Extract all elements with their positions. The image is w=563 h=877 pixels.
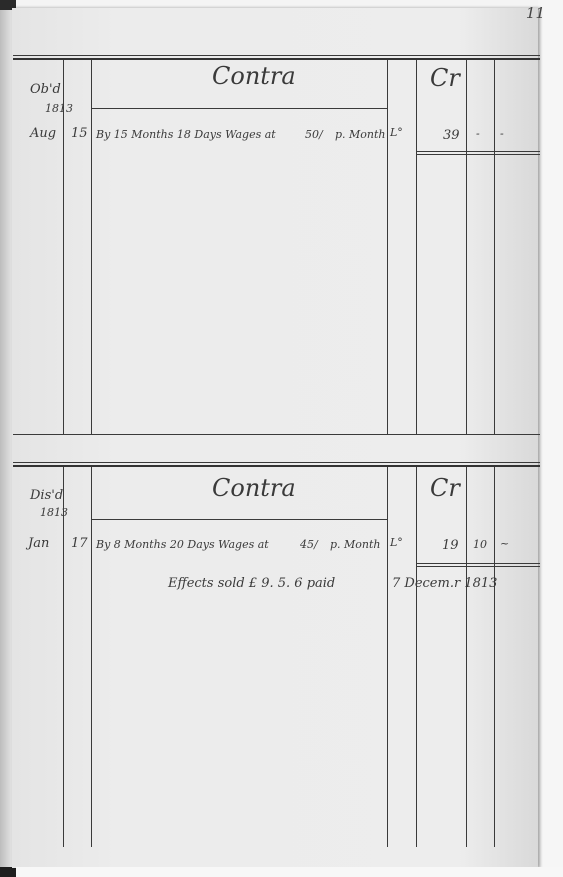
section2-entry-rate-unit: p. Month [330, 538, 381, 551]
section2-col-divider-folio [416, 467, 417, 847]
scan-margin-right [538, 0, 563, 877]
section2-entry-folio: L° [390, 536, 403, 549]
section2-entry-pounds: 19 [442, 538, 459, 553]
section2-total-rule [416, 563, 540, 564]
scan-border-bottom [0, 867, 16, 877]
entry-shillings: - [476, 127, 480, 140]
header-underline [91, 108, 387, 109]
scan-margin-bottom [16, 867, 563, 877]
top-rule [13, 55, 540, 56]
col-divider-day [91, 60, 92, 434]
section2-col-divider-date [63, 467, 64, 847]
effects-sold-note: Effects sold £ 9. 5. 6 paid [168, 576, 335, 591]
section2-entry-pence: ~ [500, 537, 509, 550]
section2-entry-description: By 8 Months 20 Days Wages at [96, 538, 269, 551]
entry-pence: - [500, 127, 504, 140]
total-rule [416, 151, 540, 152]
section2-entry-rate: 45/ [300, 538, 318, 551]
total-rule-double [416, 154, 540, 155]
section-title: Contra [212, 62, 296, 90]
effects-sold-date: 7 Decem.r 1813 [392, 576, 497, 591]
section2-credit-label: Cr [430, 474, 460, 502]
top-rule-double [13, 58, 540, 60]
entry-day: 15 [71, 126, 88, 141]
page-number: 11 [526, 4, 545, 22]
col-divider-pounds [466, 60, 467, 434]
section2-entry-day: 17 [71, 536, 88, 551]
entry-pounds: 39 [443, 128, 460, 143]
col-divider-date [63, 60, 64, 434]
col-divider-desc [387, 60, 388, 434]
entry-rate: 50/ [305, 128, 323, 141]
entry-rate-unit: p. Month [335, 128, 386, 141]
entry-month: Aug [30, 126, 56, 141]
col-divider-shillings [494, 60, 495, 434]
section2-top-rule [13, 462, 540, 463]
entry-folio: L° [390, 126, 403, 139]
section-separator [13, 434, 540, 435]
section2-date-header-line1: Dis'd [30, 488, 63, 503]
section2-col-divider-desc [387, 467, 388, 847]
entry-description: By 15 Months 18 Days Wages at [96, 128, 276, 141]
section2-total-rule-double [416, 566, 540, 567]
col-divider-folio [416, 60, 417, 434]
section2-header-underline [91, 519, 387, 520]
section2-title: Contra [212, 474, 296, 502]
date-header-year: 1813 [45, 102, 73, 115]
section2-entry-shillings: 10 [473, 538, 487, 551]
section2-col-divider-day [91, 467, 92, 847]
section2-col-divider-pounds [466, 467, 467, 847]
section2-entry-month: Jan [28, 536, 49, 551]
page-binding-edge [0, 0, 12, 877]
date-header-line1: Ob'd [30, 82, 61, 97]
section2-date-header-year: 1813 [40, 506, 68, 519]
section2-top-rule-double [13, 465, 540, 467]
section2-col-divider-shillings [494, 467, 495, 847]
credit-label: Cr [430, 64, 460, 92]
